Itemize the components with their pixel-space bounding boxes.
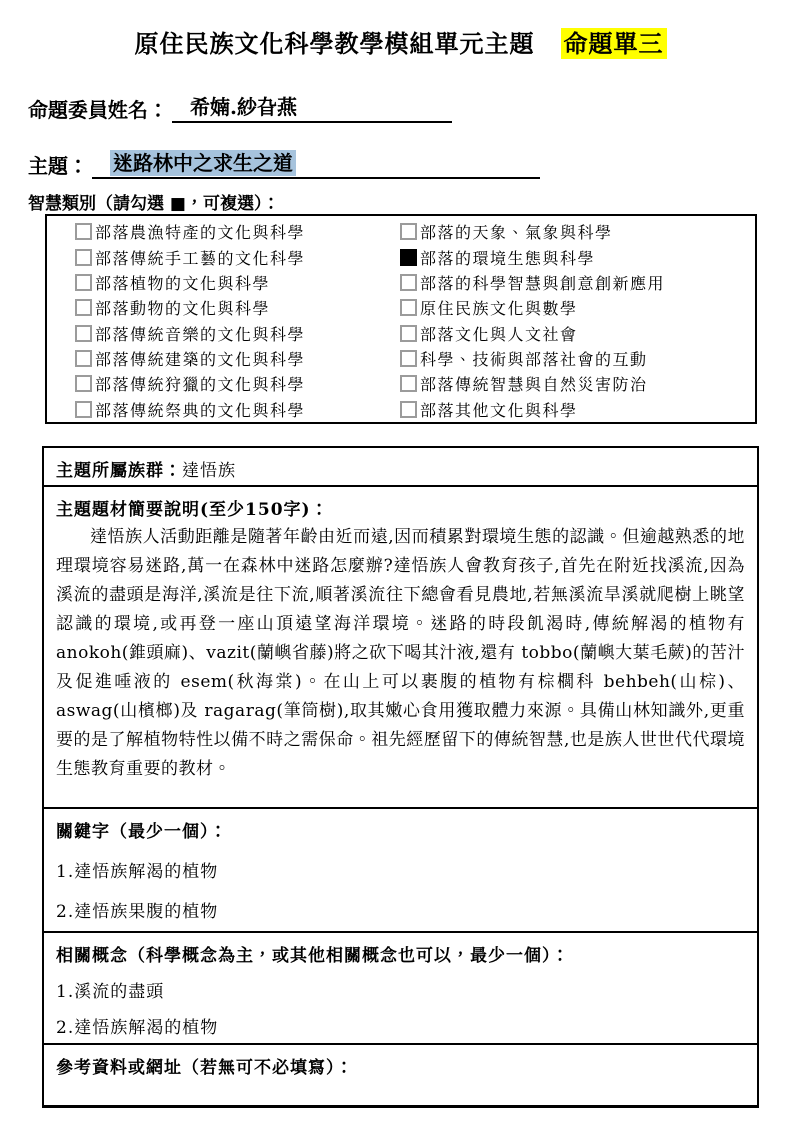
concept-item[interactable]: 2.達悟族解渴的植物 bbox=[56, 1013, 745, 1038]
category-option-label: 部落傳統手工藝的文化科學 bbox=[95, 246, 305, 269]
keyword-item[interactable]: 1.達悟族解渴的植物 bbox=[56, 857, 745, 882]
checkbox-icon[interactable] bbox=[400, 401, 417, 418]
category-option[interactable]: 部落的天象、氣象與科學 bbox=[400, 219, 755, 244]
category-option[interactable]: 部落其他文化與科學 bbox=[400, 397, 755, 422]
category-option-label: 部落傳統祭典的文化與科學 bbox=[95, 398, 305, 421]
category-column-right: 部落的天象、氣象與科學 部落的環境生態與科學 部落的科學智慧與創意創新應用 原住… bbox=[400, 219, 755, 422]
category-option[interactable]: 部落動物的文化與科學 bbox=[75, 295, 400, 320]
checkbox-icon[interactable] bbox=[400, 274, 417, 291]
category-column-left: 部落農漁特產的文化與科學 部落傳統手工藝的文化科學 部落植物的文化與科學 部落動… bbox=[47, 219, 400, 422]
description-label: 主題題材簡要說明(至少150字)： bbox=[56, 495, 745, 520]
page-title-text: 原住民族文化科學教學模組單元主題 bbox=[135, 29, 535, 58]
keywords-label: 關鍵字（最少一個）： bbox=[56, 817, 745, 842]
checkbox-icon[interactable] bbox=[400, 350, 417, 367]
category-option[interactable]: 部落傳統智慧與自然災害防治 bbox=[400, 371, 755, 396]
ethnic-group-label: 主題所屬族群： bbox=[56, 461, 182, 481]
checkbox-icon[interactable] bbox=[75, 325, 92, 342]
keyword-item[interactable]: 2.達悟族果腹的植物 bbox=[56, 897, 745, 922]
checkbox-icon[interactable] bbox=[400, 249, 417, 266]
row-keywords: 關鍵字（最少一個）： 1.達悟族解渴的植物 2.達悟族果腹的植物 3.達悟族迷路… bbox=[44, 807, 757, 931]
topic-value-selected[interactable]: 迷路林中之求生之道 bbox=[110, 150, 296, 176]
checkbox-icon[interactable] bbox=[75, 375, 92, 392]
category-option-label: 部落傳統智慧與自然災害防治 bbox=[420, 372, 648, 395]
category-section-label: 智慧類別（請勾選 ■，可複選）： bbox=[28, 189, 279, 214]
category-option-label: 部落動物的文化與科學 bbox=[95, 296, 270, 319]
committee-field: 命題委員姓名：希婻.紗旮燕 bbox=[28, 94, 452, 123]
topic-field: 主題：迷路林中之求生之道 bbox=[28, 150, 540, 179]
category-option[interactable]: 部落傳統祭典的文化與科學 bbox=[75, 397, 400, 422]
row-references: 參考資料或網址（若無可不必填寫）： bbox=[44, 1043, 757, 1105]
topic-input-blank[interactable]: 迷路林中之求生之道 bbox=[92, 150, 540, 179]
references-label: 參考資料或網址（若無可不必填寫）： bbox=[56, 1053, 745, 1078]
checkbox-icon[interactable] bbox=[75, 350, 92, 367]
committee-value[interactable]: 希婻.紗旮燕 bbox=[190, 95, 297, 119]
category-option-label: 科學、技術與部落社會的互動 bbox=[420, 347, 648, 370]
checkbox-icon[interactable] bbox=[400, 223, 417, 240]
category-option-label: 部落的科學智慧與創意創新應用 bbox=[420, 271, 665, 294]
document-page: 原住民族文化科學教學模組單元主題命題單三 命題委員姓名：希婻.紗旮燕 主題：迷路… bbox=[0, 0, 801, 1135]
checkbox-icon[interactable] bbox=[75, 401, 92, 418]
category-option[interactable]: 科學、技術與部落社會的互動 bbox=[400, 346, 755, 371]
category-option[interactable]: 部落文化與人文社會 bbox=[400, 321, 755, 346]
concept-item[interactable]: 1.溪流的盡頭 bbox=[56, 977, 745, 1002]
topic-detail-table: 主題所屬族群：達悟族 主題題材簡要說明(至少150字)： 達悟族人活動距離是隨著… bbox=[42, 446, 759, 1108]
concepts-label: 相關概念（科學概念為主，或其他相關概念也可以，最少一個）： bbox=[56, 941, 745, 966]
category-option-label: 部落其他文化與科學 bbox=[420, 398, 578, 421]
checkbox-icon[interactable] bbox=[400, 375, 417, 392]
category-option[interactable]: 原住民族文化與數學 bbox=[400, 295, 755, 320]
category-checkbox-box: 部落農漁特產的文化與科學 部落傳統手工藝的文化科學 部落植物的文化與科學 部落動… bbox=[45, 214, 757, 424]
category-option-label: 部落的天象、氣象與科學 bbox=[420, 220, 613, 243]
checkbox-icon[interactable] bbox=[75, 274, 92, 291]
committee-label: 命題委員姓名： bbox=[28, 98, 168, 122]
category-option-label: 部落農漁特產的文化與科學 bbox=[95, 220, 305, 243]
category-option-label: 部落傳統狩獵的文化與科學 bbox=[95, 372, 305, 395]
category-option[interactable]: 部落傳統手工藝的文化科學 bbox=[75, 244, 400, 269]
checkbox-icon[interactable] bbox=[75, 299, 92, 316]
category-option-label: 部落傳統建築的文化與科學 bbox=[95, 347, 305, 370]
category-option[interactable]: 部落的環境生態與科學 bbox=[400, 244, 755, 269]
ethnic-group-value[interactable]: 達悟族 bbox=[182, 461, 236, 481]
category-option-label: 原住民族文化與數學 bbox=[420, 296, 578, 319]
page-title: 原住民族文化科學教學模組單元主題命題單三 bbox=[0, 24, 801, 59]
checkbox-icon[interactable] bbox=[400, 299, 417, 316]
description-text[interactable]: 達悟族人活動距離是隨著年齡由近而遠,因而積累對環境生態的認識。但逾越熟悉的地理環… bbox=[56, 523, 745, 784]
row-description: 主題題材簡要說明(至少150字)： 達悟族人活動距離是隨著年齡由近而遠,因而積累… bbox=[44, 485, 757, 807]
row-concepts: 相關概念（科學概念為主，或其他相關概念也可以，最少一個）： 1.溪流的盡頭 2.… bbox=[44, 931, 757, 1043]
category-option[interactable]: 部落植物的文化與科學 bbox=[75, 270, 400, 295]
checkbox-icon[interactable] bbox=[75, 223, 92, 240]
category-option[interactable]: 部落傳統音樂的文化與科學 bbox=[75, 321, 400, 346]
category-option-label: 部落文化與人文社會 bbox=[420, 322, 578, 345]
category-option[interactable]: 部落傳統建築的文化與科學 bbox=[75, 346, 400, 371]
checkbox-icon[interactable] bbox=[75, 249, 92, 266]
topic-label: 主題： bbox=[28, 154, 88, 178]
category-option-label: 部落的環境生態與科學 bbox=[420, 246, 595, 269]
category-option[interactable]: 部落傳統狩獵的文化與科學 bbox=[75, 371, 400, 396]
committee-input-blank[interactable]: 希婻.紗旮燕 bbox=[172, 94, 452, 123]
category-option-label: 部落傳統音樂的文化與科學 bbox=[95, 322, 305, 345]
category-option[interactable]: 部落的科學智慧與創意創新應用 bbox=[400, 270, 755, 295]
row-ethnic-group: 主題所屬族群：達悟族 bbox=[44, 448, 757, 485]
category-option-label: 部落植物的文化與科學 bbox=[95, 271, 270, 294]
checkbox-icon[interactable] bbox=[400, 325, 417, 342]
category-option[interactable]: 部落農漁特產的文化與科學 bbox=[75, 219, 400, 244]
page-title-highlight: 命題單三 bbox=[561, 28, 667, 59]
